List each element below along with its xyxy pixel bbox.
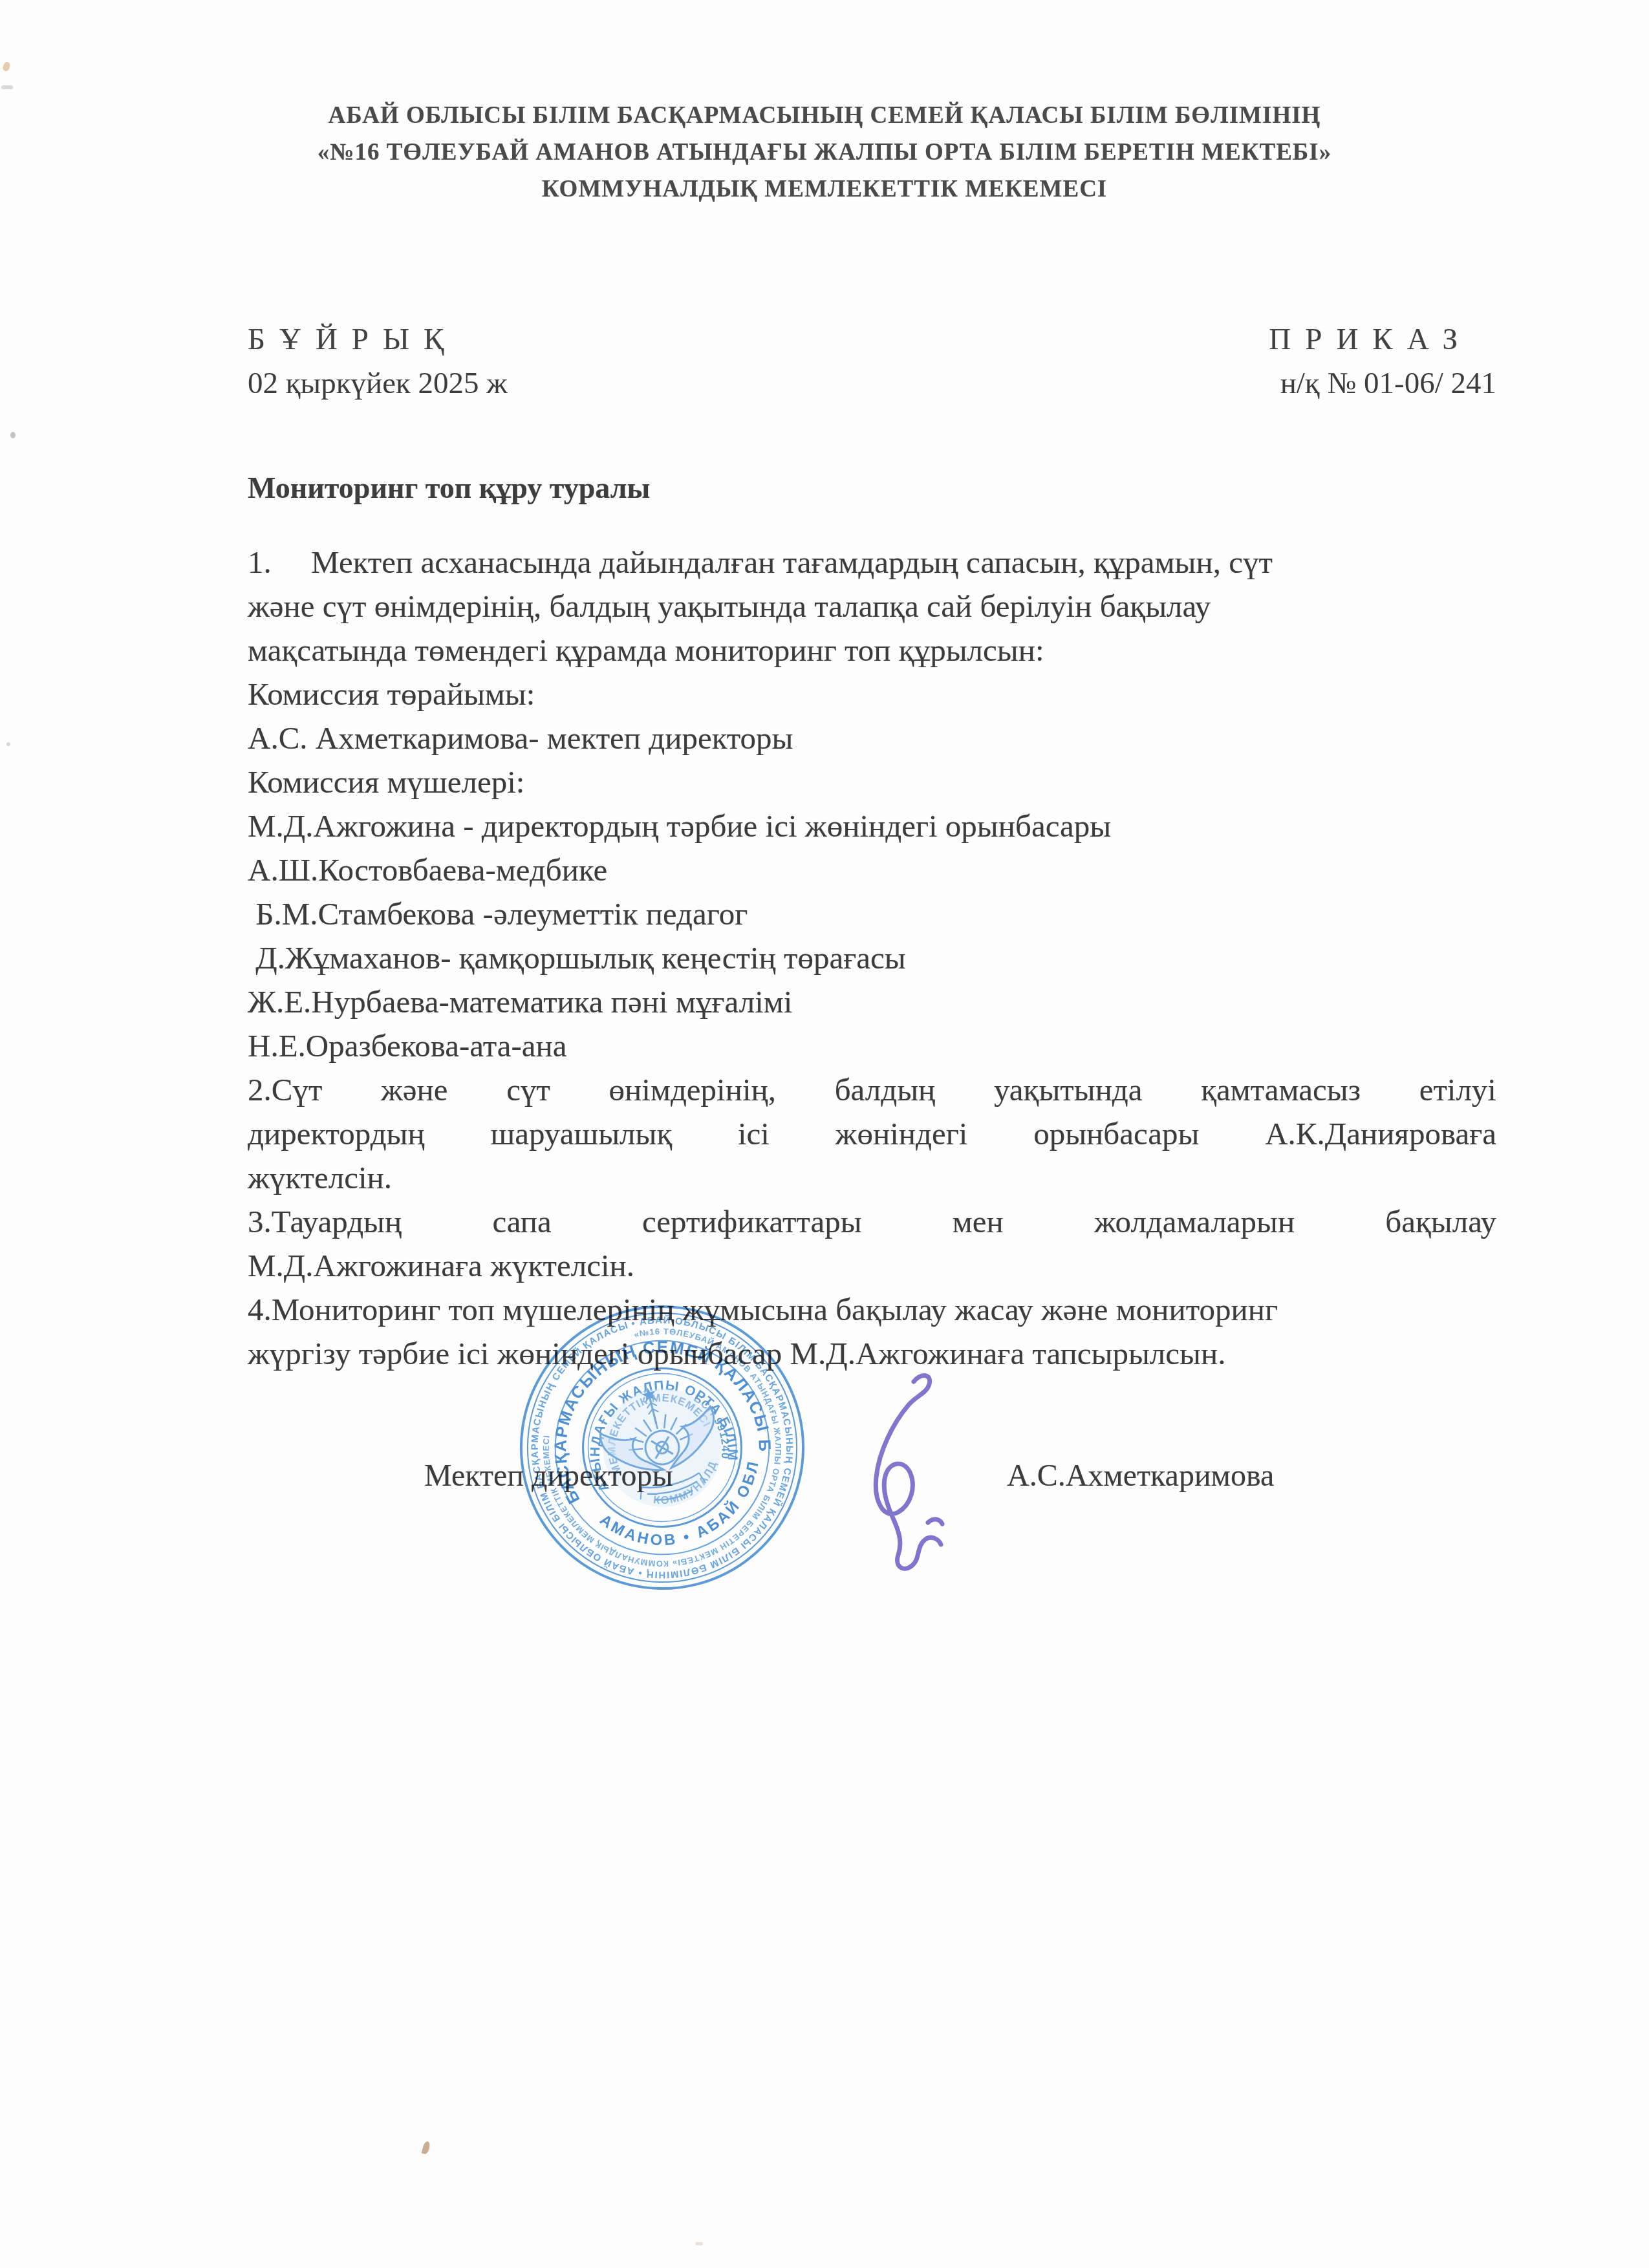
body-line: директордың шаруашылық ісі жөніндегі оры… xyxy=(248,1112,1496,1156)
body-line: 1. Мектеп асханасында дайындалған тағамд… xyxy=(248,540,1496,584)
signatory-name: А.С.Ахметкаримова xyxy=(1007,1458,1274,1493)
order-date: 02 қыркүйек 2025 ж xyxy=(248,366,508,401)
body-line: 3.Тауардың сапа сертификаттары мен жолда… xyxy=(248,1200,1496,1244)
body-line: мақсатында төмендегі құрамда мониторинг … xyxy=(248,628,1496,672)
body-line: және сүт өнімдерінің, балдың уақытында т… xyxy=(248,584,1496,628)
order-heading: БҰЙРЫҚ 02 қыркүйек 2025 ж ПРИКАЗ н/қ № 0… xyxy=(248,322,1496,401)
scan-speck xyxy=(1,85,13,89)
signature-ink xyxy=(831,1367,973,1581)
letterhead-line-2: «№16 ТӨЛЕУБАЙ АМАНОВ АТЫНДАҒЫ ЖАЛПЫ ОРТА… xyxy=(116,134,1533,171)
letterhead-line-3: КОММУНАЛДЫҚ МЕМЛЕКЕТТІК МЕКЕМЕСІ xyxy=(116,171,1533,208)
body-line: А.Ш.Костовбаева-медбике xyxy=(248,848,1496,892)
body-line: Комиссия мүшелері: xyxy=(248,760,1496,804)
body-line: Ж.Е.Нурбаева-математика пәні мұғалімі xyxy=(248,980,1496,1024)
order-heading-kk: БҰЙРЫҚ 02 қыркүйек 2025 ж xyxy=(248,322,508,401)
body-line: Комиссия төрайымы: xyxy=(248,672,1496,716)
body-line: Н.Е.Оразбекова-ата-ана xyxy=(248,1024,1496,1068)
order-number: н/қ № 01-06/ 241 xyxy=(1269,366,1496,401)
body-line: 2.Сүт және сүт өнімдерінің, балдың уақыт… xyxy=(248,1068,1496,1112)
subject-title: Мониторинг топ құру туралы xyxy=(248,471,650,505)
body-line: М.Д.Ажгожина - директордың тәрбие ісі жө… xyxy=(248,804,1496,848)
scan-speck xyxy=(2,61,11,72)
body-line: 4.Мониторинг топ мүшелерінің жұмысына ба… xyxy=(248,1288,1496,1332)
kazakhstan-emblem-icon xyxy=(590,1373,734,1519)
letterhead-line-1: АБАЙ ОБЛЫСЫ БІЛІМ БАСҚАРМАСЫНЫҢ СЕМЕЙ ҚА… xyxy=(116,97,1533,134)
order-title-ru: ПРИКАЗ xyxy=(1269,322,1472,357)
body-line: М.Д.Ажгожинаға жүктелсін. xyxy=(248,1244,1496,1288)
scan-speck xyxy=(6,742,10,746)
scan-speck xyxy=(422,2141,431,2155)
body-line: жүктелсін. xyxy=(248,1156,1496,1200)
order-title-kk: БҰЙРЫҚ xyxy=(248,322,508,357)
body-line: Б.М.Стамбекова -әлеуметтік педагог xyxy=(248,892,1496,936)
order-heading-ru: ПРИКАЗ н/қ № 01-06/ 241 xyxy=(1269,322,1496,401)
scan-speck xyxy=(695,2242,703,2245)
letterhead: АБАЙ ОБЛЫСЫ БІЛІМ БАСҚАРМАСЫНЫҢ СЕМЕЙ ҚА… xyxy=(116,97,1533,208)
body-line: Д.Жұмаханов- қамқоршылық кеңестің төраға… xyxy=(248,936,1496,980)
official-stamp: • АБАЙ ОБЛЫСЫ БІЛІМ БАСҚАРМАСЫНЫҢ СЕМЕЙ … xyxy=(514,1300,810,1596)
order-body: 1. Мектеп асханасында дайындалған тағамд… xyxy=(248,540,1496,1376)
scan-speck xyxy=(10,432,16,438)
document-page: АБАЙ ОБЛЫСЫ БІЛІМ БАСҚАРМАСЫНЫҢ СЕМЕЙ ҚА… xyxy=(0,0,1649,2268)
body-line: А.С. Ахметкаримова- мектеп директоры xyxy=(248,716,1496,760)
